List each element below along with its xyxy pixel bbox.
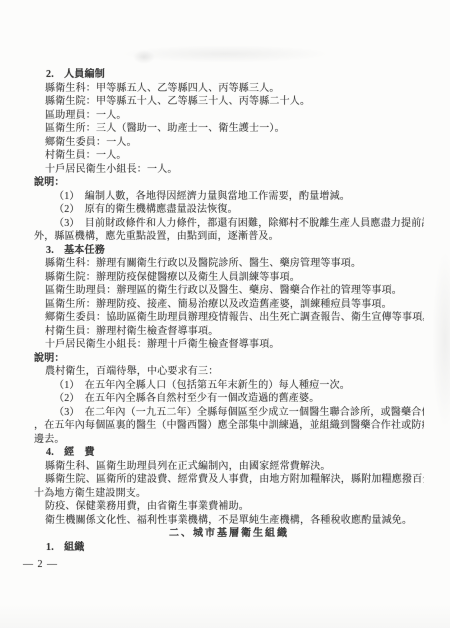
document-line: 農村衛生，百端待舉，中心要求有三： <box>34 365 424 379</box>
document-line: （1） 編制人數，各地得因經濟力量與當地工作需要，酌量增減。 <box>34 190 424 204</box>
document-line: 防疫、保健業務用費，由省衛生事業費補助。 <box>34 500 424 514</box>
document-line: 縣衛生科、區衛生助理員列在正式編制內，由國家經常費解決。 <box>34 460 424 474</box>
document-line: 4. 經 費 <box>34 446 424 460</box>
document-line: 3. 基本任務 <box>34 244 424 258</box>
document-line: 說明： <box>34 352 424 366</box>
document-line: （3） 在二年內（一九五二年）全縣每個區至少成立一個醫生聯合診所，或醫藥合作社 <box>34 406 424 420</box>
document-line: 十戶居民衛生小組長：辦理十戶衛生檢查督導事項。 <box>34 338 424 352</box>
document-line: 二、城市基層衛生組織 <box>34 527 424 541</box>
document-line: 村衛生員：一人。 <box>34 149 424 163</box>
document-line: 區助理員：一人。 <box>34 109 424 123</box>
document-line: （2） 在五年內全縣各自然村至少有一個改造過的舊產婆。 <box>34 392 424 406</box>
document-line: 鄉衛生委員：一人。 <box>34 136 424 150</box>
document-line: 村衛生員：辦理村衛生檢查督導事項。 <box>34 325 424 339</box>
document-line: 邊去。 <box>34 433 424 447</box>
document-line: （1） 在五年內全縣人口（包括第五年末新生的）每人種痘一次。 <box>34 379 424 393</box>
document-line: 區衛生所：三人（醫助一、助產士一、衛生護士一）。 <box>34 122 424 136</box>
document-text-block: 2. 人員編制縣衛生科：甲等縣五人、乙等縣四人、丙等縣三人。縣衛生院：甲等縣五十… <box>34 68 424 554</box>
page-number: — 2 — <box>23 559 58 570</box>
document-line: 1. 組織 <box>34 541 424 555</box>
document-line: （2） 原有的衛生機構應盡量設法恢復。 <box>34 203 424 217</box>
document-line: 區衛生助理員：辦理區的衛生行政以及醫生、藥房、醫藥合作社的管理等事項。 <box>34 284 424 298</box>
document-line: 縣衛生院、區衛所的建設費、經常費及人事費，由地方附加糧解決，縣附加糧應撥百分之 <box>34 473 424 487</box>
document-line: 2. 人員編制 <box>34 68 424 82</box>
document-line: 縣衛生科：甲等縣五人、乙等縣四人、丙等縣三人。 <box>34 82 424 96</box>
document-line: 縣衛生院：辦理防疫保健醫療以及衛生人員訓練等事項。 <box>34 271 424 285</box>
document-line: 十戶居民衛生小組長：一人。 <box>34 163 424 177</box>
document-line: 鄉衛生委員：協助區衛生助理員辦理疫情報告、出生死亡調查報告、衛生宣傳等事項。 <box>34 311 424 325</box>
document-line: 衛生機關係文化性、福利性事業機構，不是單純生產機構，各種稅收應酌量減免。 <box>34 514 424 528</box>
document-line: 十為地方衛生建設開支。 <box>34 487 424 501</box>
scan-smudge <box>0 604 450 628</box>
scan-smudge <box>133 50 155 64</box>
document-line: 縣衛生科：辦理有關衛生行政以及醫院診所、醫生、藥房管理等事項。 <box>34 257 424 271</box>
document-line: 說明： <box>34 176 424 190</box>
document-line: （3） 目前財政條件和人力條件，都還有困難，除鄉村不脫離生產人員應盡力提前設置 <box>34 217 424 231</box>
document-line: ，在五年內每個區裏的醫生（中醫西醫）應全部集中訓練過，並組織到醫藥合作社或防疫隊… <box>34 419 424 433</box>
scanned-page: 2. 人員編制縣衛生科：甲等縣五人、乙等縣四人、丙等縣三人。縣衛生院：甲等縣五十… <box>0 0 450 628</box>
document-line: 外，縣區機構，應先重點設置，由點到面，逐漸普及。 <box>34 230 424 244</box>
document-line: 縣衛生院：甲等縣五十人、乙等縣三十人、丙等縣二十人。 <box>34 95 424 109</box>
scan-smudge <box>432 250 450 430</box>
scan-smudge <box>120 45 330 63</box>
document-line: 區衛生所：辦理防疫、接產、簡易治療以及改造舊產婆，訓練種痘員等事項。 <box>34 298 424 312</box>
